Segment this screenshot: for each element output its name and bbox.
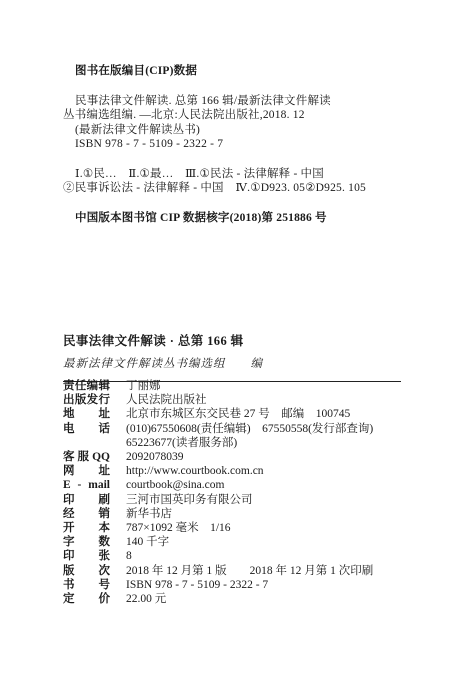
- row-value: 8: [126, 549, 132, 563]
- row-value: 丁丽娜: [126, 379, 161, 393]
- cip-block: 图书在版编目(CIP)数据 民事法律文件解读. 总第 166 辑/最新法律文件解…: [63, 64, 413, 225]
- cip-isbn-line: ISBN 978 - 7 - 5109 - 2322 - 7: [75, 137, 413, 152]
- colophon-row: 电 话 (010)67550608(责任编辑) 67550558(发行部查询): [63, 422, 423, 436]
- cip-header: 图书在版编目(CIP)数据: [75, 64, 413, 79]
- row-value: 2018 年 12 月第 1 版 2018 年 12 月第 1 次印刷: [126, 564, 373, 578]
- row-value: http://www.courtbook.com.cn: [126, 464, 264, 478]
- colophon-row: 出版发行 人民法院出版社: [63, 393, 423, 407]
- row-value: 140 千字: [126, 535, 169, 549]
- row-label: 出版发行: [63, 393, 110, 407]
- book-title: 民事法律文件解读 · 总第 166 辑: [63, 334, 408, 349]
- row-value: 787×1092 毫米 1/16: [126, 521, 231, 535]
- row-label: 电 话: [63, 422, 110, 436]
- colophon: 责任编辑 丁丽娜 出版发行 人民法院出版社 地 址 北京市东城区东交民巷 27 …: [63, 379, 423, 606]
- colophon-row: 网 址 http://www.courtbook.com.cn: [63, 464, 423, 478]
- row-label: 地 址: [63, 407, 110, 421]
- row-value: 2092078039: [126, 450, 184, 464]
- colophon-row: 开 本 787×1092 毫米 1/16: [63, 521, 423, 535]
- cip-classification-line: Ⅰ.①民… Ⅱ.①最… Ⅲ.①民法 - 法律解释 - 中国: [75, 167, 413, 182]
- cip-line: (最新法律文件解读丛书): [75, 123, 413, 138]
- colophon-row: 字 数 140 千字: [63, 535, 423, 549]
- row-label: [63, 436, 110, 450]
- row-label: 字 数: [63, 535, 110, 549]
- book-editor: 最新法律文件解读丛书编选组 编: [63, 355, 408, 371]
- row-label: E - mail: [63, 478, 110, 492]
- row-label: 版 次: [63, 564, 110, 578]
- colophon-row: 客 服 QQ 2092078039: [63, 450, 423, 464]
- cip-classification-line: ②民事诉讼法 - 法律解释 - 中国 Ⅳ.①D923. 05②D925. 105: [63, 181, 413, 196]
- colophon-row-continuation: 65223677(读者服务部): [63, 436, 423, 450]
- row-value: 人民法院出版社: [126, 393, 207, 407]
- row-label: 印 张: [63, 549, 110, 563]
- row-label: 网 址: [63, 464, 110, 478]
- row-label: 开 本: [63, 521, 110, 535]
- colophon-row: 印 张 8: [63, 549, 423, 563]
- colophon-row: 书 号 ISBN 978 - 7 - 5109 - 2322 - 7: [63, 578, 423, 592]
- colophon-row: 印 刷 三河市国英印务有限公司: [63, 493, 423, 507]
- row-value: courtbook@sina.com: [126, 478, 224, 492]
- row-value: 65223677(读者服务部): [126, 436, 237, 450]
- row-value: ISBN 978 - 7 - 5109 - 2322 - 7: [126, 578, 268, 592]
- row-label: 责任编辑: [63, 379, 110, 393]
- colophon-row: 定 价 22.00 元: [63, 592, 423, 606]
- row-label: 定 价: [63, 592, 110, 606]
- colophon-row: 经 销 新华书店: [63, 507, 423, 521]
- colophon-row: E - mail courtbook@sina.com: [63, 478, 423, 492]
- title-block: 民事法律文件解读 · 总第 166 辑 最新法律文件解读丛书编选组 编: [63, 334, 408, 382]
- row-label: 书 号: [63, 578, 110, 592]
- colophon-row: 责任编辑 丁丽娜: [63, 379, 423, 393]
- row-value: (010)67550608(责任编辑) 67550558(发行部查询): [126, 422, 373, 436]
- cip-record-number: 中国版本图书馆 CIP 数据核字(2018)第 251886 号: [75, 211, 413, 226]
- row-value: 22.00 元: [126, 592, 166, 606]
- colophon-row: 版 次 2018 年 12 月第 1 版 2018 年 12 月第 1 次印刷: [63, 564, 423, 578]
- row-value: 三河市国英印务有限公司: [126, 493, 253, 507]
- row-label: 客 服 QQ: [63, 450, 110, 464]
- row-value: 北京市东城区东交民巷 27 号 邮编 100745: [126, 407, 350, 421]
- cip-line: 民事法律文件解读. 总第 166 辑/最新法律文件解读: [75, 94, 413, 109]
- row-label: 印 刷: [63, 493, 110, 507]
- colophon-row: 地 址 北京市东城区东交民巷 27 号 邮编 100745: [63, 407, 423, 421]
- cip-line: 丛书编选组编. —北京:人民法院出版社,2018. 12: [63, 108, 413, 123]
- row-label: 经 销: [63, 507, 110, 521]
- copyright-page: 图书在版编目(CIP)数据 民事法律文件解读. 总第 166 辑/最新法律文件解…: [0, 0, 468, 680]
- row-value: 新华书店: [126, 507, 172, 521]
